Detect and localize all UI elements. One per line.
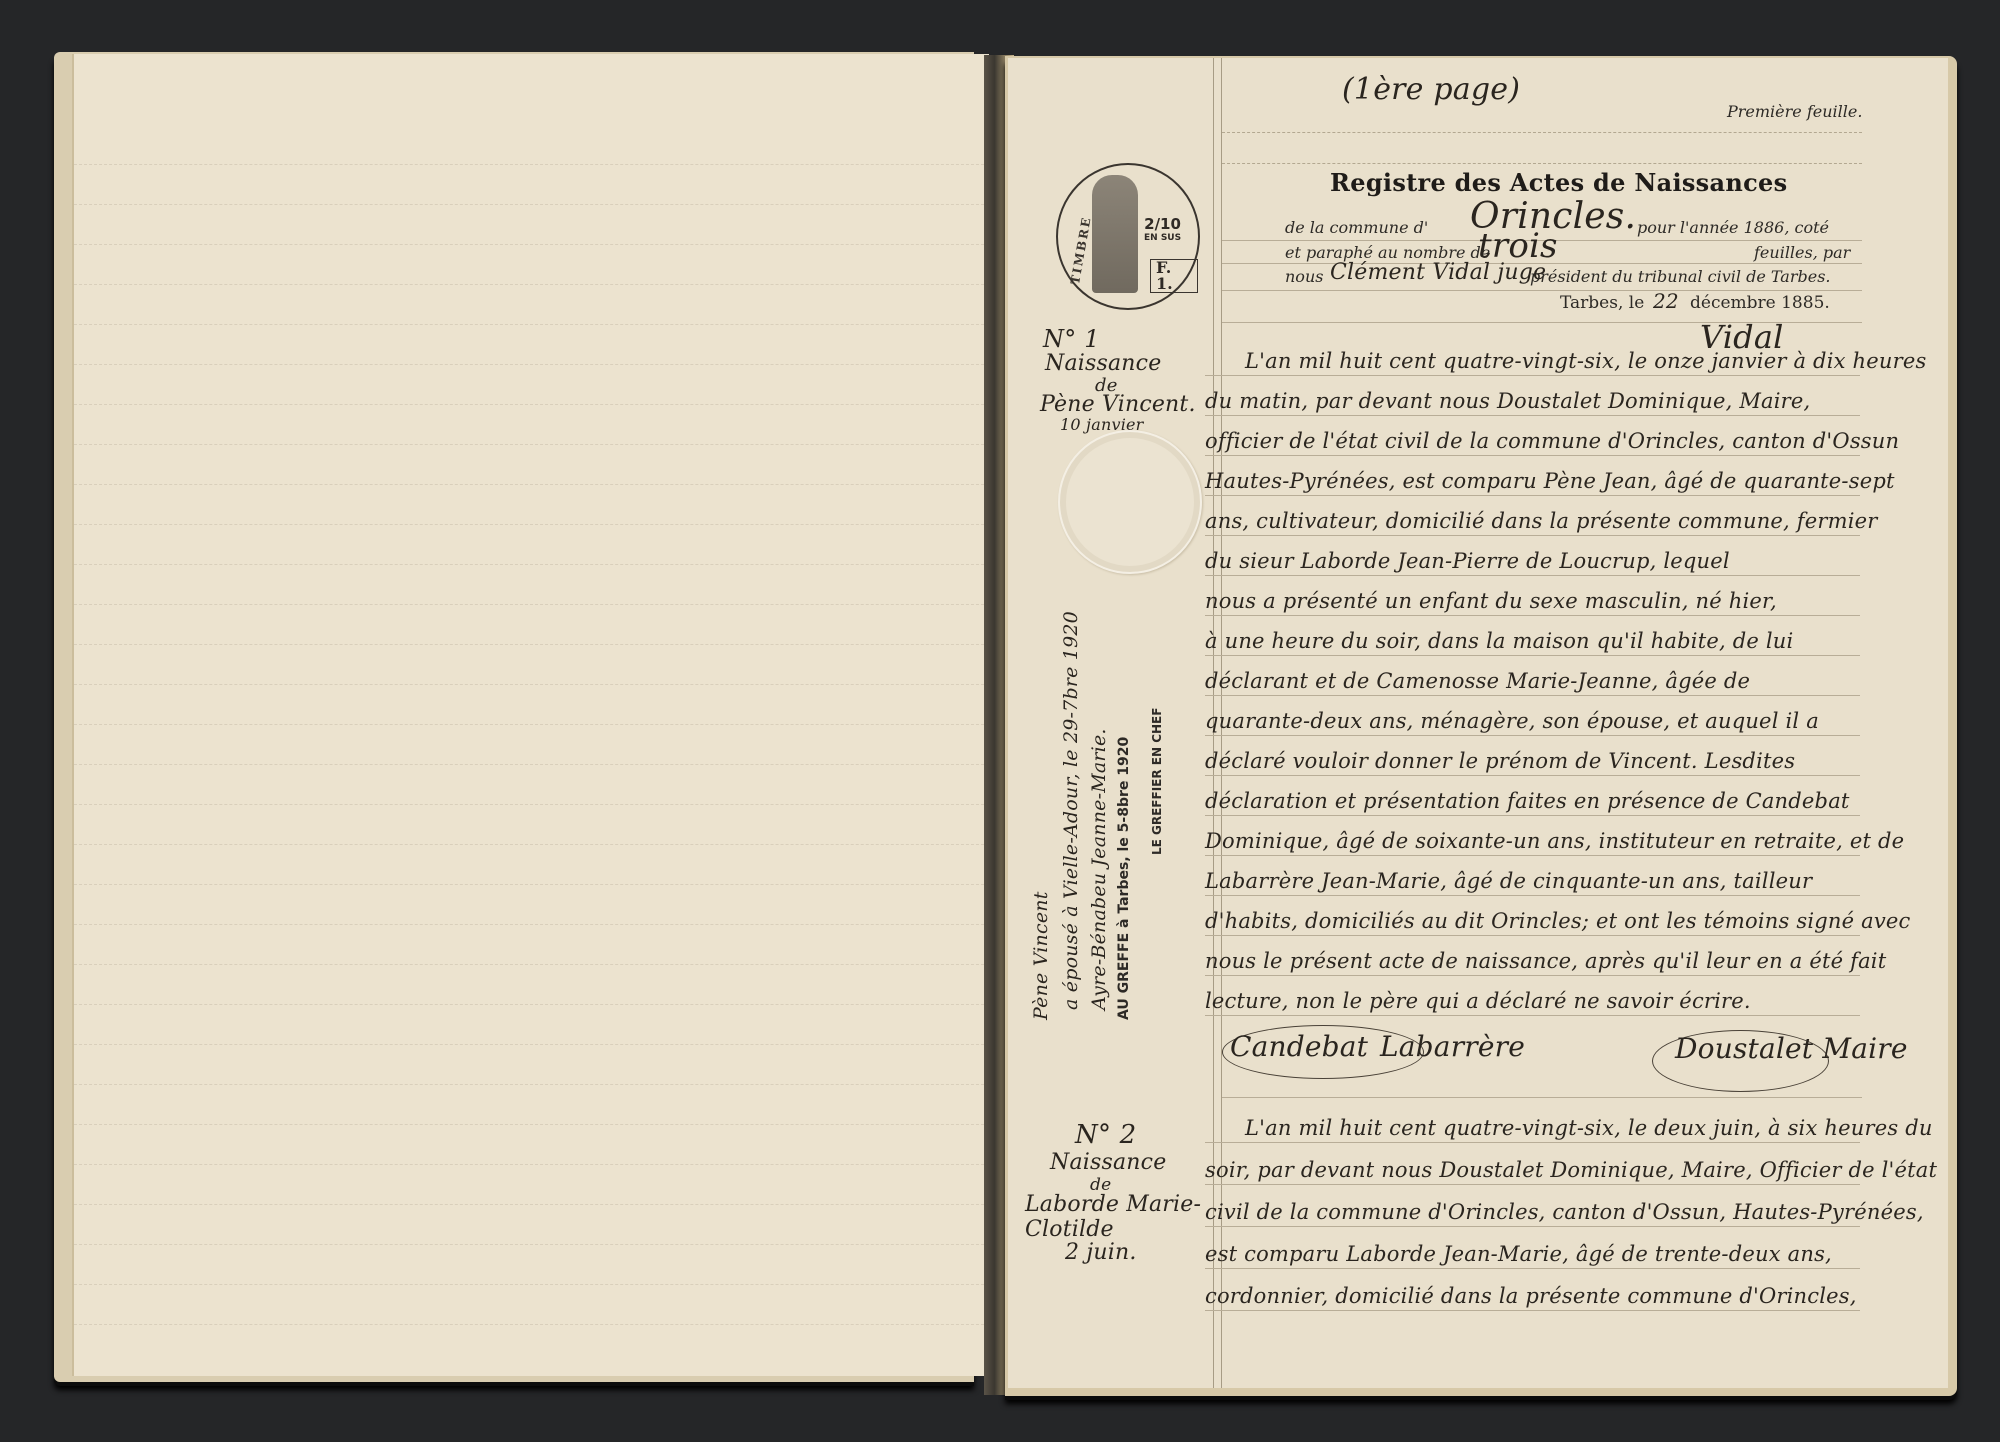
- entry-separator: [1222, 1097, 1862, 1098]
- text-rule: [1205, 1226, 1860, 1227]
- place-date-day: 22: [1653, 289, 1679, 313]
- header-line3-suffix: président du tribunal civil de Tarbes.: [1530, 267, 1831, 286]
- ruled-line: [74, 884, 989, 885]
- entry-1-margin-line: Naissance: [1045, 351, 1161, 376]
- text-rule: [1205, 1142, 1860, 1143]
- ruled-line: [74, 684, 989, 685]
- header-line3-prefix: nous: [1285, 267, 1323, 286]
- text-rule: [1205, 375, 1860, 376]
- entry-text-line: lecture, non le père qui a déclaré ne sa…: [1205, 989, 1751, 1013]
- entry-text-line: soir, par devant nous Doustalet Dominiqu…: [1205, 1158, 1937, 1182]
- entry-text-line: nous le présent acte de naissance, après…: [1205, 949, 1886, 973]
- text-rule: [1205, 1015, 1860, 1016]
- entry-text-line: est comparu Laborde Jean-Marie, âgé de t…: [1205, 1242, 1832, 1266]
- ruled-line: [74, 204, 989, 205]
- ruled-line: [74, 564, 989, 565]
- entry-text-line: du sieur Laborde Jean-Pierre de Loucrup,…: [1205, 549, 1730, 573]
- ruled-line: [74, 1284, 989, 1285]
- header-line1-suffix: pour l'année 1886, coté: [1637, 218, 1829, 237]
- tax-stamp: TIMBRE 2/10 EN SUS F. 1.: [1056, 163, 1200, 310]
- text-rule: [1205, 655, 1860, 656]
- judge-name: Clément Vidal juge: [1330, 260, 1546, 285]
- stamp-label: TIMBRE: [1068, 215, 1094, 285]
- marginal-note-line: Pène Vincent: [1030, 891, 1052, 1020]
- header-line1-prefix: de la commune d': [1285, 218, 1428, 237]
- sheet-label: Première feuille.: [1727, 102, 1862, 121]
- ruled-line: [74, 324, 989, 325]
- ruled-line: [74, 164, 989, 165]
- marginal-note-line: a épousé à Vielle-Adour, le 29-7bre 1920: [1060, 611, 1082, 1010]
- ruled-line: [74, 924, 989, 925]
- ruled-line: [74, 1244, 989, 1245]
- entry-text-line: déclarant et de Camenosse Marie-Jeanne, …: [1205, 669, 1750, 693]
- justice-figure-icon: [1092, 175, 1138, 293]
- text-rule: [1205, 535, 1860, 536]
- text-rule: [1205, 455, 1860, 456]
- text-rule: [1205, 815, 1860, 816]
- entry-text-line: ans, cultivateur, domicilié dans la prés…: [1205, 509, 1878, 533]
- entry-2-margin-line: 2 juin.: [1065, 1240, 1137, 1265]
- entry-text-line: du matin, par devant nous Doustalet Domi…: [1205, 389, 1810, 413]
- ruled-line: [74, 484, 989, 485]
- header-rule: [1222, 132, 1862, 133]
- entry-text-line: officier de l'état civil de la commune d…: [1205, 429, 1899, 453]
- entry-text-line: quarante-deux ans, ménagère, son épouse,…: [1205, 709, 1819, 733]
- entry-text-line: cordonnier, domicilié dans la présente c…: [1205, 1284, 1857, 1308]
- ruled-line: [74, 804, 989, 805]
- stamp-denomination: F. 1.: [1150, 259, 1198, 293]
- ruled-line: [74, 964, 989, 965]
- ruled-line: [74, 644, 989, 645]
- ruled-line: [74, 1204, 989, 1205]
- embossed-seal: [1058, 430, 1202, 574]
- entry-text-line: L'an mil huit cent quatre-vingt-six, le …: [1245, 349, 1926, 373]
- entry-text-line: déclaré vouloir donner le prénom de Vinc…: [1205, 749, 1795, 773]
- stamp-value: 2/10 EN SUS: [1144, 217, 1181, 245]
- ruled-line: [74, 1004, 989, 1005]
- registrar-stamp: LE GREFFIER EN CHEF: [1150, 708, 1164, 855]
- ruled-line: [74, 1084, 989, 1085]
- text-rule: [1205, 975, 1860, 976]
- header-rule: [1222, 163, 1862, 164]
- entry-2-margin-line: Naissance: [1050, 1150, 1166, 1175]
- text-rule: [1205, 1310, 1860, 1311]
- ruled-line: [74, 404, 989, 405]
- entry-text-line: civil de la commune d'Orincles, canton d…: [1205, 1200, 1924, 1224]
- entry-1-number: N° 1: [1043, 325, 1100, 353]
- signature-candebat: Candebat: [1230, 1030, 1368, 1063]
- ruled-line: [74, 444, 989, 445]
- page-note: (1ère page): [1342, 72, 1520, 107]
- entry-2-margin-line: Laborde Marie-: [1025, 1192, 1201, 1217]
- text-rule: [1205, 495, 1860, 496]
- text-rule: [1205, 735, 1860, 736]
- text-rule: [1205, 575, 1860, 576]
- signature-mayor: Doustalet Maire: [1675, 1032, 1908, 1065]
- ruled-line: [74, 1044, 989, 1045]
- entry-text-line: déclaration et présentation faites en pr…: [1205, 789, 1850, 813]
- ruled-line: [74, 764, 989, 765]
- header-rule: [1222, 290, 1862, 291]
- text-rule: [1205, 415, 1860, 416]
- ruled-line: [74, 284, 989, 285]
- entry-text-line: à une heure du soir, dans la maison qu'i…: [1205, 629, 1793, 653]
- register-title: Registre des Actes de Naissances: [1330, 168, 1787, 197]
- entry-2-margin-line: Clotilde: [1025, 1217, 1114, 1242]
- header-line2-suffix: feuilles, par: [1754, 243, 1850, 262]
- text-rule: [1205, 895, 1860, 896]
- entry-2-number: N° 2: [1075, 1120, 1136, 1150]
- entry-text-line: nous a présenté un enfant du sexe mascul…: [1205, 589, 1777, 613]
- ruled-line: [74, 604, 989, 605]
- text-rule: [1205, 855, 1860, 856]
- entry-1-margin-line: Pène Vincent.: [1040, 392, 1196, 417]
- text-rule: [1205, 1184, 1860, 1185]
- left-blank-page: [72, 54, 989, 1376]
- ruled-line: [74, 1164, 989, 1165]
- ruled-line: [74, 1124, 989, 1125]
- ruled-line: [74, 1324, 989, 1325]
- text-rule: [1205, 695, 1860, 696]
- marginal-note-line: AU GREFFE à Tarbes, le 5-8bre 1920: [1116, 737, 1132, 1020]
- text-rule: [1205, 775, 1860, 776]
- ruled-line: [74, 844, 989, 845]
- ruled-line: [74, 724, 989, 725]
- place-date-suffix: décembre 1885.: [1690, 293, 1830, 313]
- entry-text-line: Dominique, âgé de soixante-un ans, insti…: [1205, 829, 1904, 853]
- signature-labarrere: Labarrère: [1380, 1030, 1525, 1063]
- entry-text-line: L'an mil huit cent quatre-vingt-six, le …: [1245, 1116, 1933, 1140]
- entry-text-line: d'habits, domiciliés au dit Orincles; et…: [1205, 909, 1911, 933]
- entry-text-line: Labarrère Jean-Marie, âgé de cinquante-u…: [1205, 869, 1812, 893]
- marginal-note-line: Ayre-Bénabeu Jeanne-Marie.: [1088, 728, 1110, 1010]
- place-date-prefix: Tarbes, le: [1560, 293, 1644, 313]
- text-rule: [1205, 615, 1860, 616]
- text-rule: [1205, 935, 1860, 936]
- text-rule: [1205, 1268, 1860, 1269]
- ruled-line: [74, 244, 989, 245]
- ruled-line: [74, 524, 989, 525]
- ruled-line: [74, 364, 989, 365]
- entry-text-line: Hautes-Pyrénées, est comparu Pène Jean, …: [1205, 469, 1895, 493]
- stamp-value-label: EN SUS: [1144, 231, 1181, 245]
